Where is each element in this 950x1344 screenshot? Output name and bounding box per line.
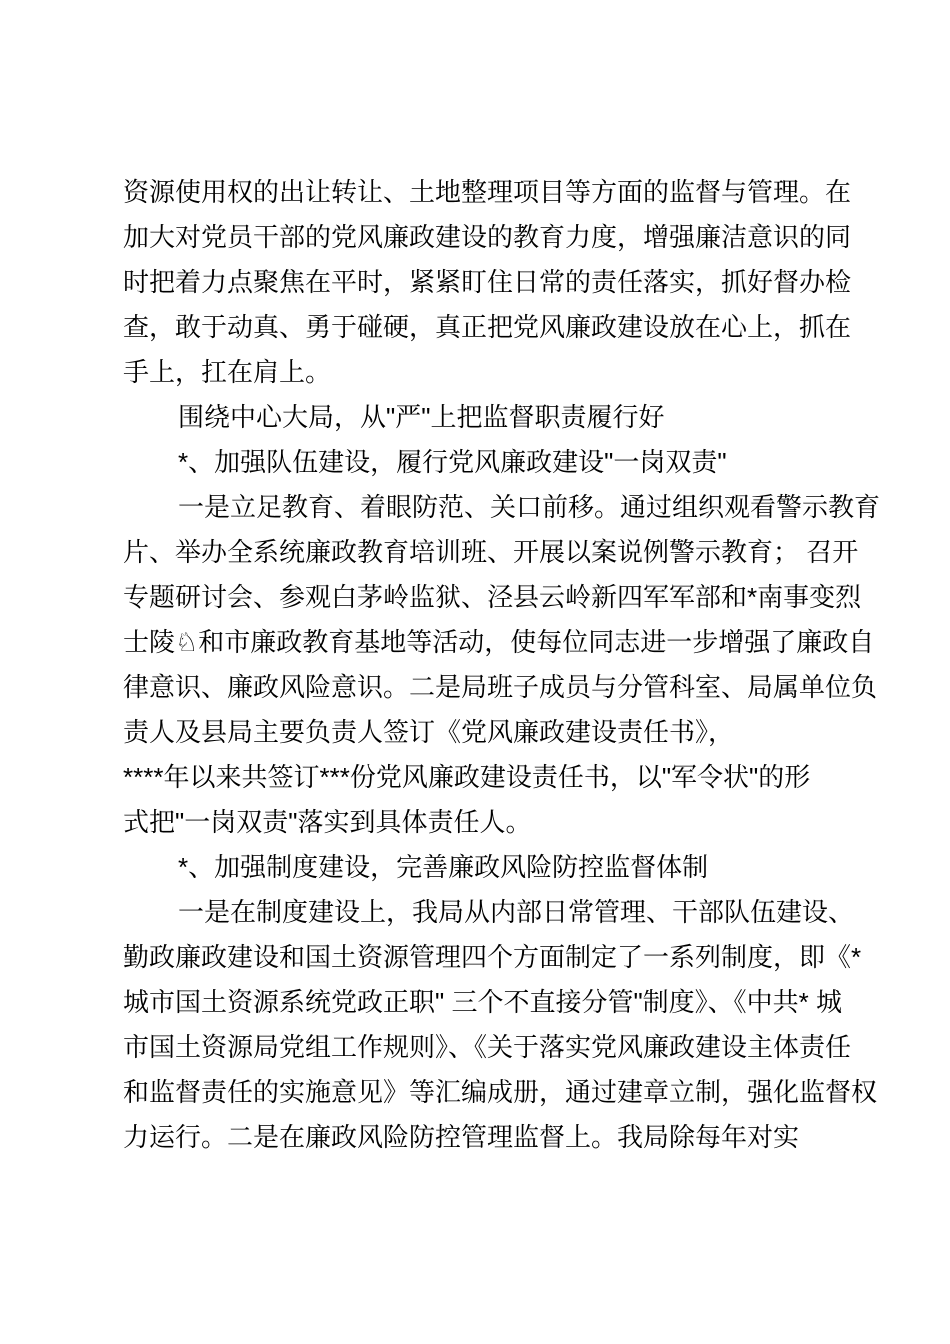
section-heading-line: *、加强队伍建设，履行党风廉政建设"一岗双责": [123, 440, 848, 485]
text-line: 片、举办全系统廉政教育培训班、开展以案说例警示教育； 召开: [123, 530, 848, 575]
document-page: 资源使用权的出让转让、土地整理项目等方面的监督与管理。在 加大对党员干部的党风廉…: [0, 0, 950, 1344]
text-line: 式把"一岗双责"落实到具体责任人。: [123, 800, 848, 845]
text-line: 市国土资源局党组工作规则》、《关于落实党风廉政建设主体责任: [123, 1025, 848, 1070]
text-line: 一是立足教育、着眼防范、关口前移。通过组织观看警示教育: [123, 485, 848, 530]
text-line: 一是在制度建设上，我局从内部日常管理、干部队伍建设、: [123, 890, 848, 935]
text-line: 时把着力点聚焦在平时，紧紧盯住日常的责任落实，抓好督办检: [123, 260, 848, 305]
text-line: 士陵♘和市廉政教育基地等活动，使每位同志进一步增强了廉政自: [123, 620, 848, 665]
text-line: 查，敢于动真、勇于碰硬，真正把党风廉政建设放在心上，抓在: [123, 305, 848, 350]
text-line: 手上，扛在肩上。: [123, 350, 848, 395]
text-line: 资源使用权的出让转让、土地整理项目等方面的监督与管理。在: [123, 170, 848, 215]
text-line: ****年以来共签订***份党风廉政建设责任书，以"军令状"的形: [123, 755, 848, 800]
text-line: 和监督责任的实施意见》等汇编成册，通过建章立制，强化监督权: [123, 1070, 848, 1115]
section-heading-line: 围绕中心大局，从"严"上把监督职责履行好: [123, 395, 848, 440]
text-line: 勤政廉政建设和国土资源管理四个方面制定了一系列制度，即《*: [123, 935, 848, 980]
text-line: 加大对党员干部的党风廉政建设的教育力度，增强廉洁意识的同: [123, 215, 848, 260]
document-body: 资源使用权的出让转让、土地整理项目等方面的监督与管理。在 加大对党员干部的党风廉…: [123, 170, 848, 1160]
text-line: 专题研讨会、参观白茅岭监狱、泾县云岭新四军军部和*南事变烈: [123, 575, 848, 620]
text-line: 责人及县局主要负责人签订《党风廉政建设责任书》，: [123, 710, 848, 755]
section-heading-line: *、加强制度建设，完善廉政风险防控监督体制: [123, 845, 848, 890]
text-line: 城市国土资源系统党政正职" 三个不直接分管"制度》、《中共* 城: [123, 980, 848, 1025]
text-line: 力运行。二是在廉政风险防控管理监督上。我局除每年对实: [123, 1115, 848, 1160]
text-line: 律意识、廉政风险意识。二是局班子成员与分管科室、局属单位负: [123, 665, 848, 710]
